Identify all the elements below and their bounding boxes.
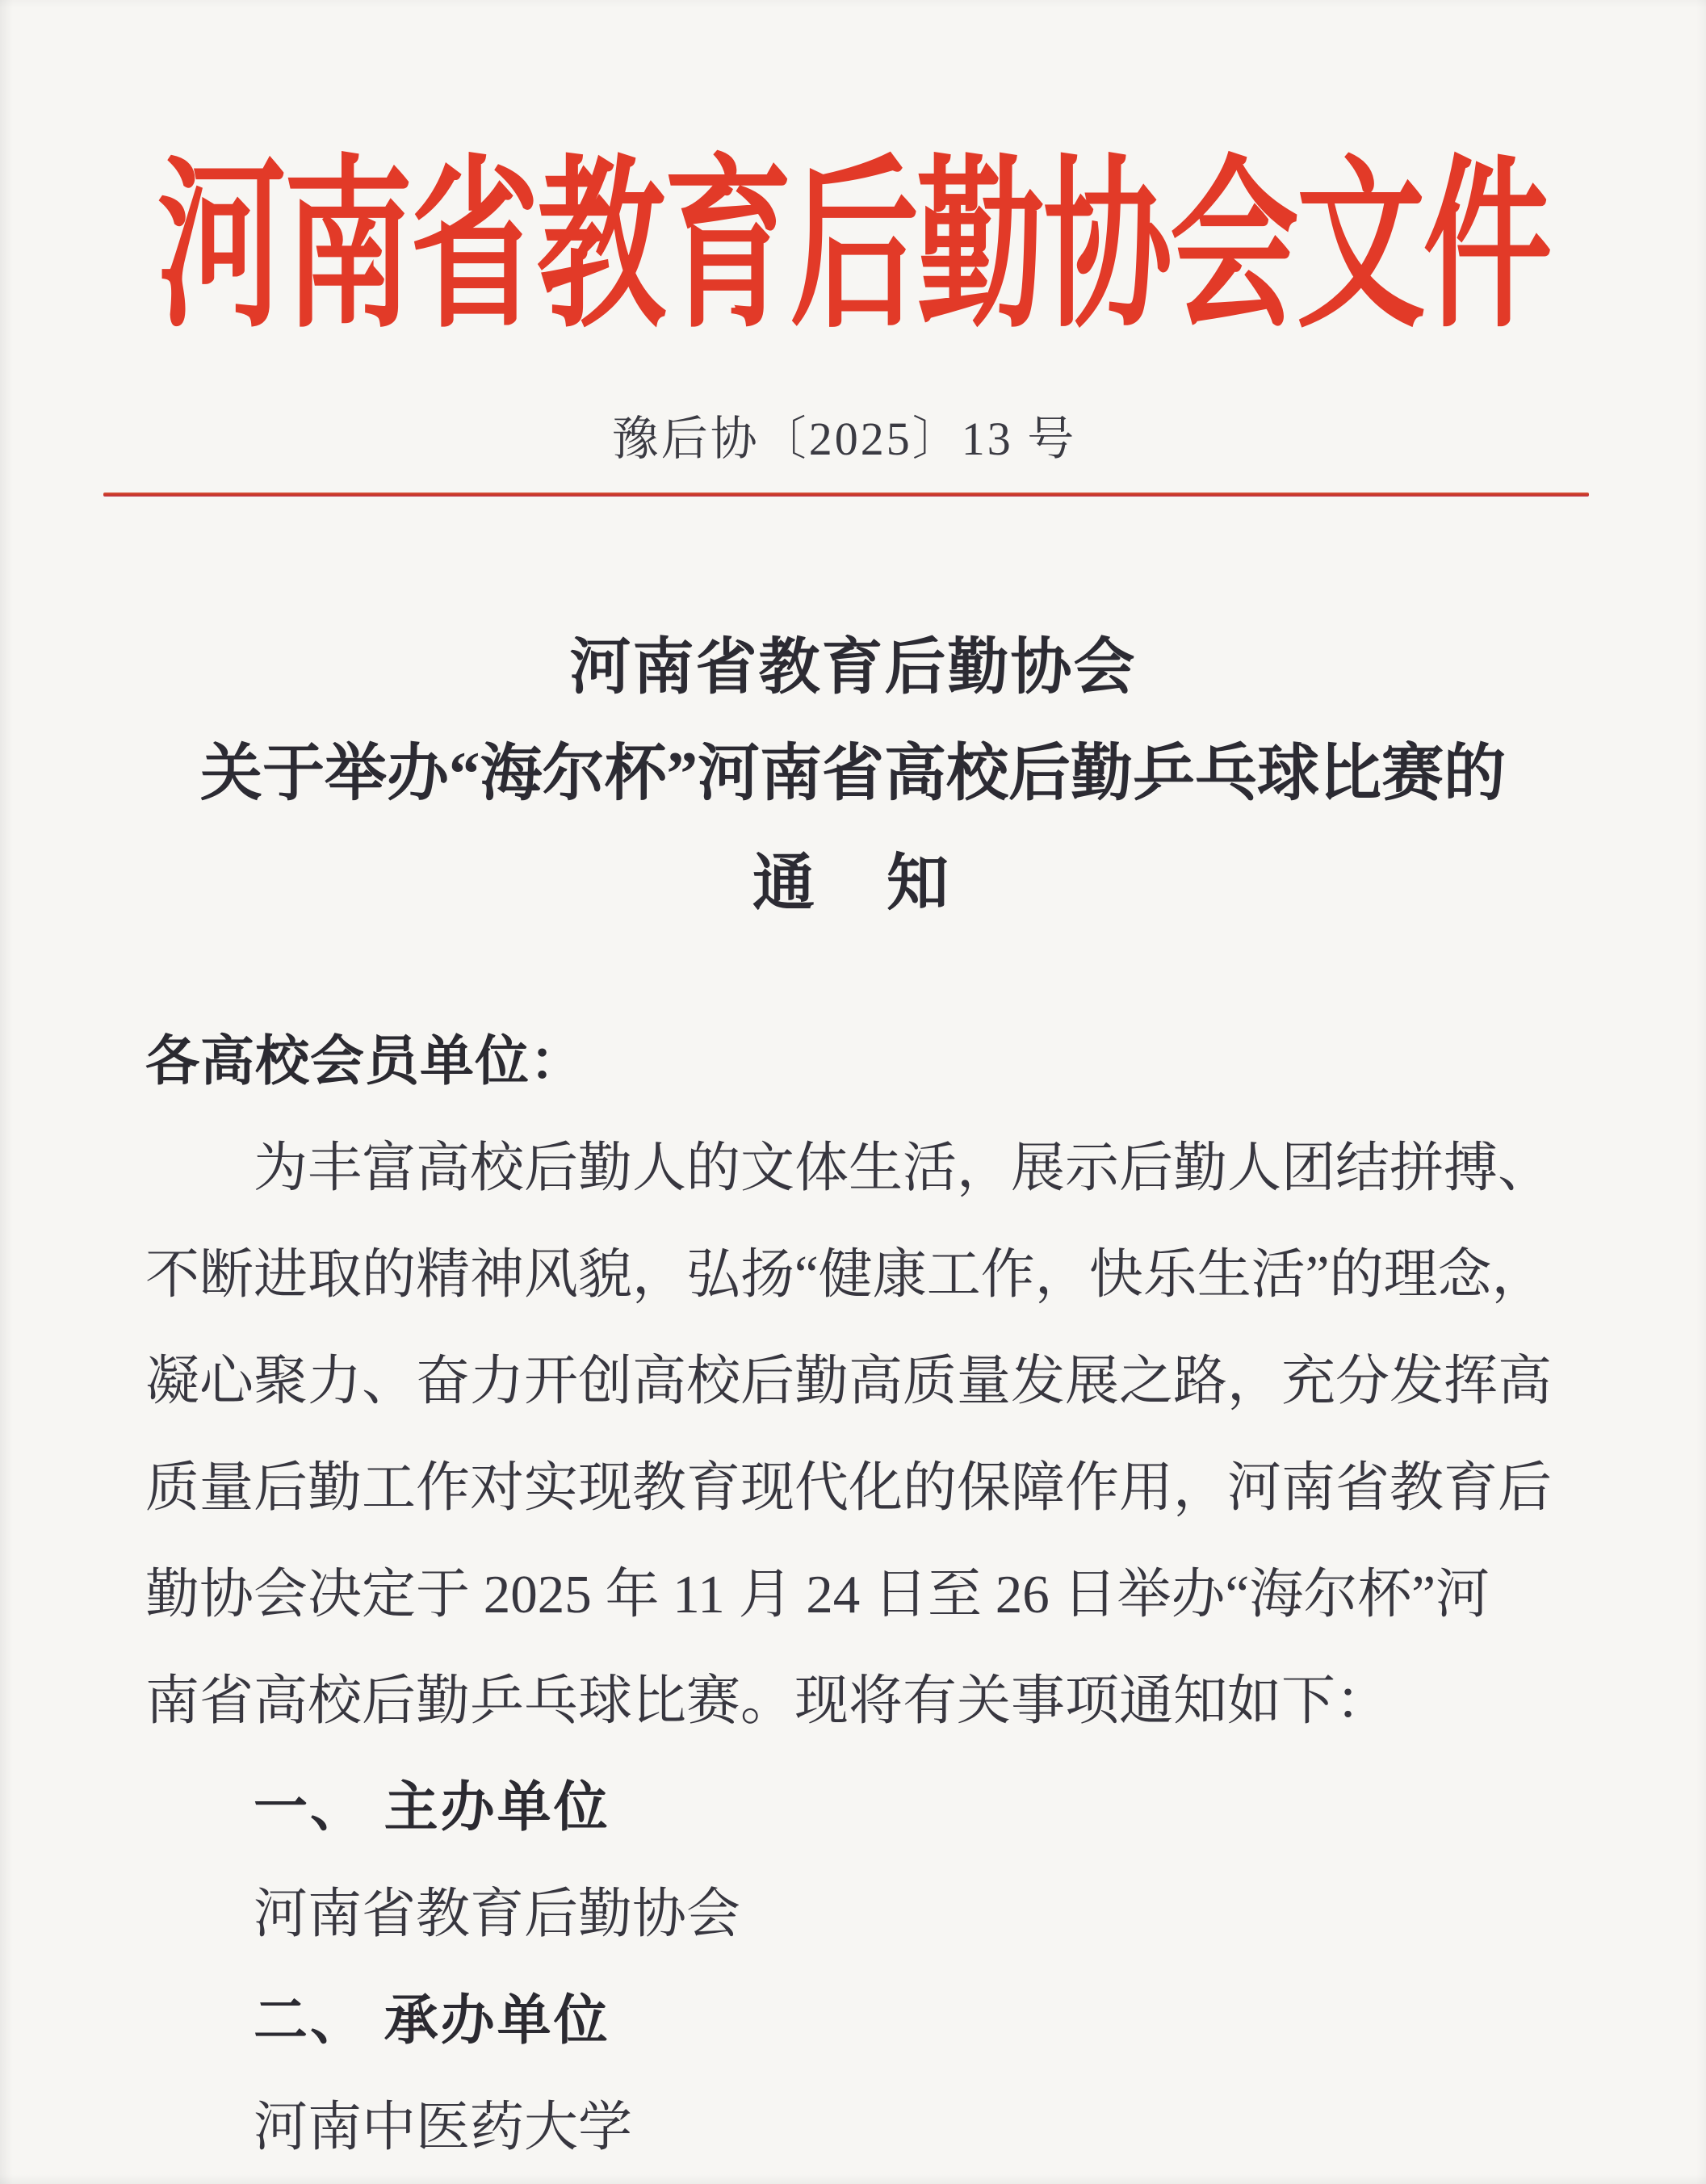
notice-title-subject: 关于举办“海尔杯”河南省高校后勤乒乓球比赛的	[0, 740, 1706, 808]
paragraph-line: 质量后勤工作对实现教育现代化的保障作用，河南省教育后	[145, 1435, 1570, 1541]
paragraph-line: 南省高校后勤乒乓球比赛。现将有关事项通知如下：	[145, 1648, 1570, 1754]
notice-body: 各高校会员单位： 为丰富高校后勤人的文体生活，展示后勤人团结拼搏、 不断进取的精…	[145, 1008, 1570, 2181]
section-2-content: 河南中医药大学	[145, 2074, 1570, 2181]
paragraph-line: 凝心聚力、奋力开创高校后勤高质量发展之路，充分发挥高	[145, 1328, 1570, 1435]
paragraph-line: 为丰富高校后勤人的文体生活，展示后勤人团结拼搏、	[145, 1115, 1570, 1222]
notice-title-notice: 通 知	[0, 849, 1706, 918]
document-number: 豫后协〔2025〕13 号	[0, 409, 1688, 469]
red-separator-line	[103, 493, 1589, 497]
official-document-page: 河南省教育后勤协会文件 豫后协〔2025〕13 号 河南省教育后勤协会 关于举办…	[0, 0, 1706, 2184]
letterhead-title: 河南省教育后勤协会文件	[157, 156, 1549, 340]
section-2-heading: 二、 承办单位	[145, 1968, 1570, 2074]
salutation: 各高校会员单位：	[145, 1008, 1570, 1115]
notice-title-org: 河南省教育后勤协会	[0, 635, 1706, 702]
paragraph-line: 勤协会决定于 2025 年 11 月 24 日至 26 日举办“海尔杯”河	[145, 1541, 1570, 1648]
section-1-content: 河南省教育后勤协会	[145, 1861, 1570, 1968]
letterhead-banner: 河南省教育后勤协会文件	[0, 156, 1706, 340]
paragraph-line: 不断进取的精神风貌，弘扬“健康工作，快乐生活”的理念，	[145, 1222, 1570, 1328]
section-1-heading: 一、 主办单位	[145, 1754, 1570, 1861]
